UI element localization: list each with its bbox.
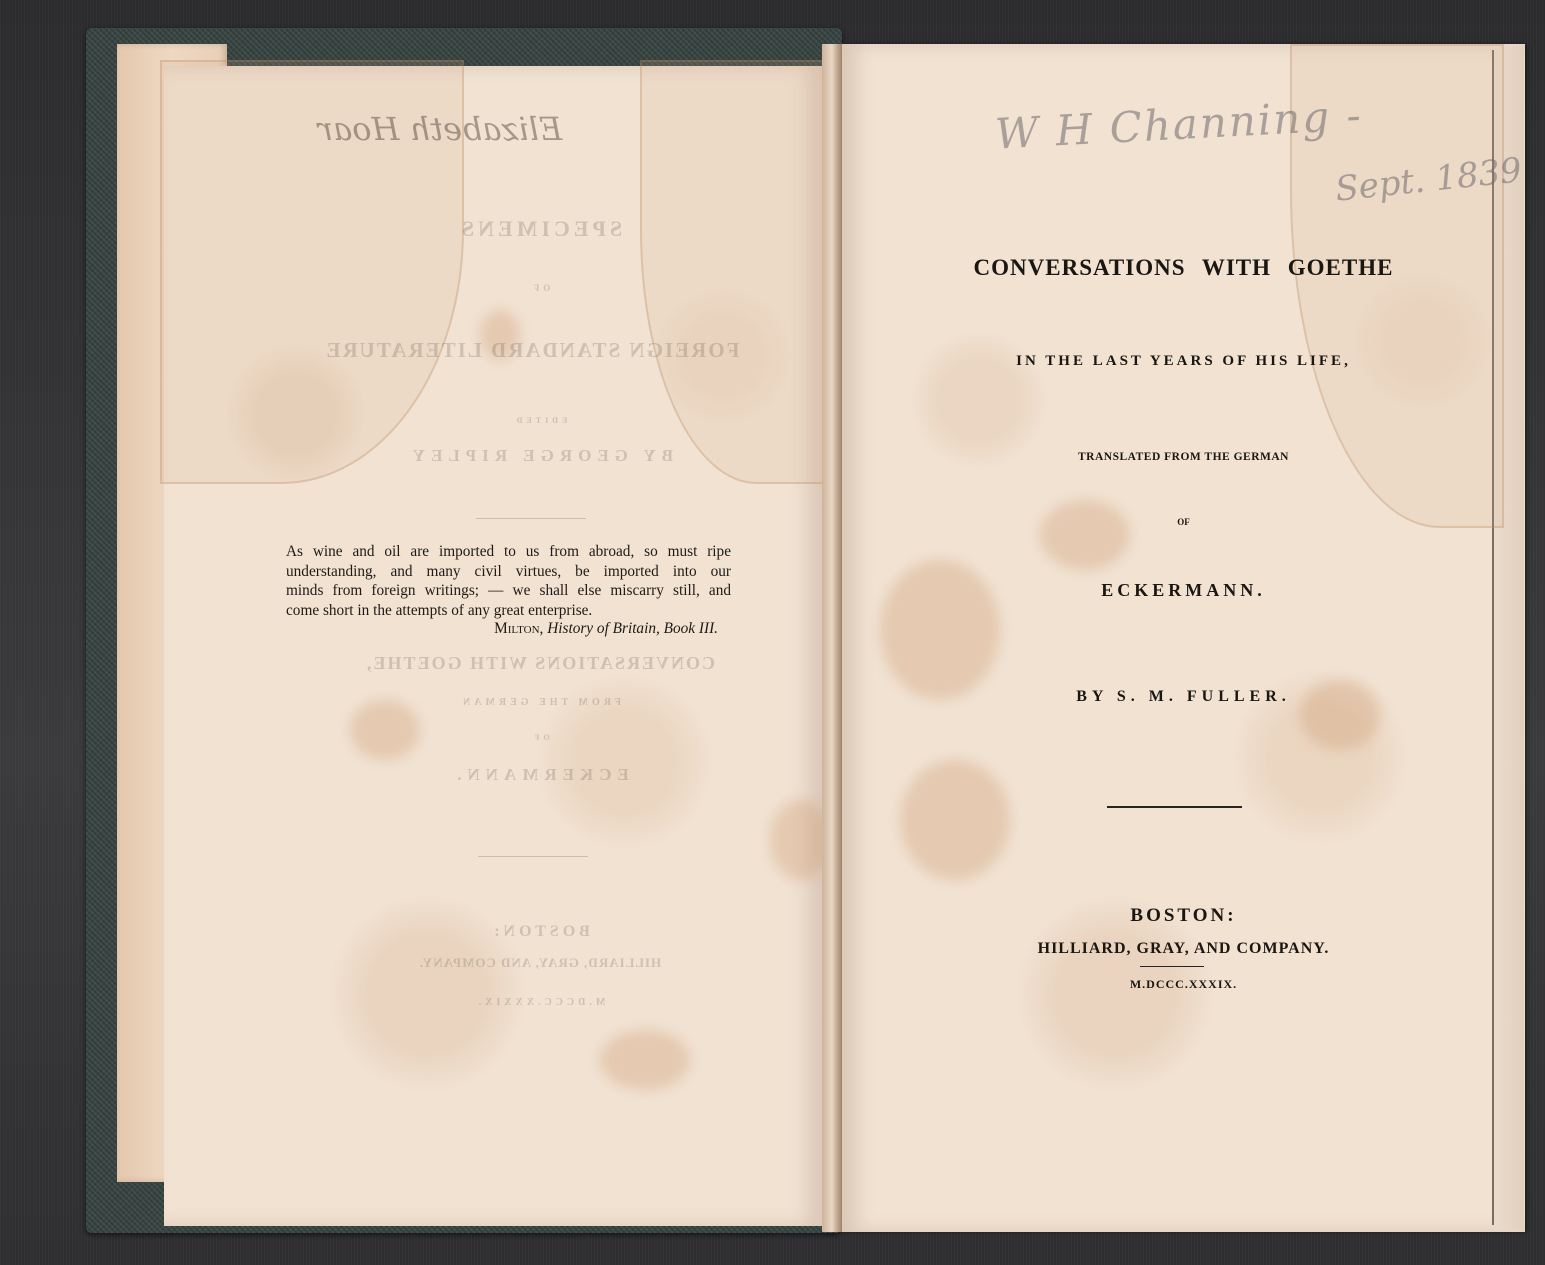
publication-year: M.DCCC.XXXIX. <box>842 977 1525 992</box>
publisher: HILLIARD, GRAY, AND COMPANY. <box>842 940 1525 958</box>
bleed-through-text: HILLIARD, GRAY, AND COMPANY. <box>300 955 780 971</box>
bleed-through-text: M.DCCC.XXXIX. <box>300 997 780 1008</box>
original-author: ECKERMANN. <box>842 580 1525 601</box>
bleed-through-text: FROM THE GERMAN <box>300 697 780 708</box>
bleed-through-text: ECKERMANN. <box>300 765 780 785</box>
book-subtitle: IN THE LAST YEARS OF HIS LIFE, <box>842 353 1525 370</box>
foxing-spot <box>1040 500 1130 570</box>
divider-rule <box>1107 806 1242 808</box>
epigraph-line: minds from foreign writings; — we shall … <box>286 581 731 601</box>
translation-note: TRANSLATED FROM THE GERMAN <box>842 451 1525 463</box>
foxing-spot <box>600 1030 690 1090</box>
bleed-through-text: OF <box>300 733 780 742</box>
bleed-through-text: BY GEORGE RIPLEY <box>300 446 780 466</box>
epigraph-line: understanding, and many civil virtues, b… <box>286 562 731 582</box>
foxing-spot <box>770 800 830 880</box>
publication-city: BOSTON: <box>842 905 1525 927</box>
bleed-through-text: OF <box>300 283 780 293</box>
epigraph-line: come short in the attempts of any great … <box>286 601 731 621</box>
book-title: CONVERSATIONS WITH GOETHE <box>842 255 1525 281</box>
bleed-through-text: BOSTON: <box>300 923 780 941</box>
bleed-through-text: SPECIMENS <box>300 216 780 242</box>
bleed-through-text: CONVERSATIONS WITH GOETHE, <box>290 653 790 674</box>
bleed-through-inscription: Elizabeth Hoar <box>180 110 700 148</box>
of-label: OF <box>842 517 1525 527</box>
bleed-through-rule <box>476 518 586 519</box>
bleed-through-text: FOREIGN STANDARD LITERATURE <box>272 338 792 363</box>
epigraph-attribution: Milton, History of Britain, Book III. <box>450 620 718 638</box>
attribution-work: History of Britain, Book III. <box>547 620 718 637</box>
translator-credit: BY S. M. FULLER. <box>842 688 1525 706</box>
foxing-spot <box>350 700 420 760</box>
foxing-spot <box>900 760 1010 880</box>
attribution-author: Milton, <box>494 620 543 637</box>
bleed-through-rule <box>478 856 588 857</box>
bleed-through-text: EDITED <box>300 416 780 425</box>
divider-rule-short <box>1140 966 1204 967</box>
epigraph: As wine and oil are imported to us from … <box>286 542 731 620</box>
epigraph-line: As wine and oil are imported to us from … <box>286 542 731 562</box>
